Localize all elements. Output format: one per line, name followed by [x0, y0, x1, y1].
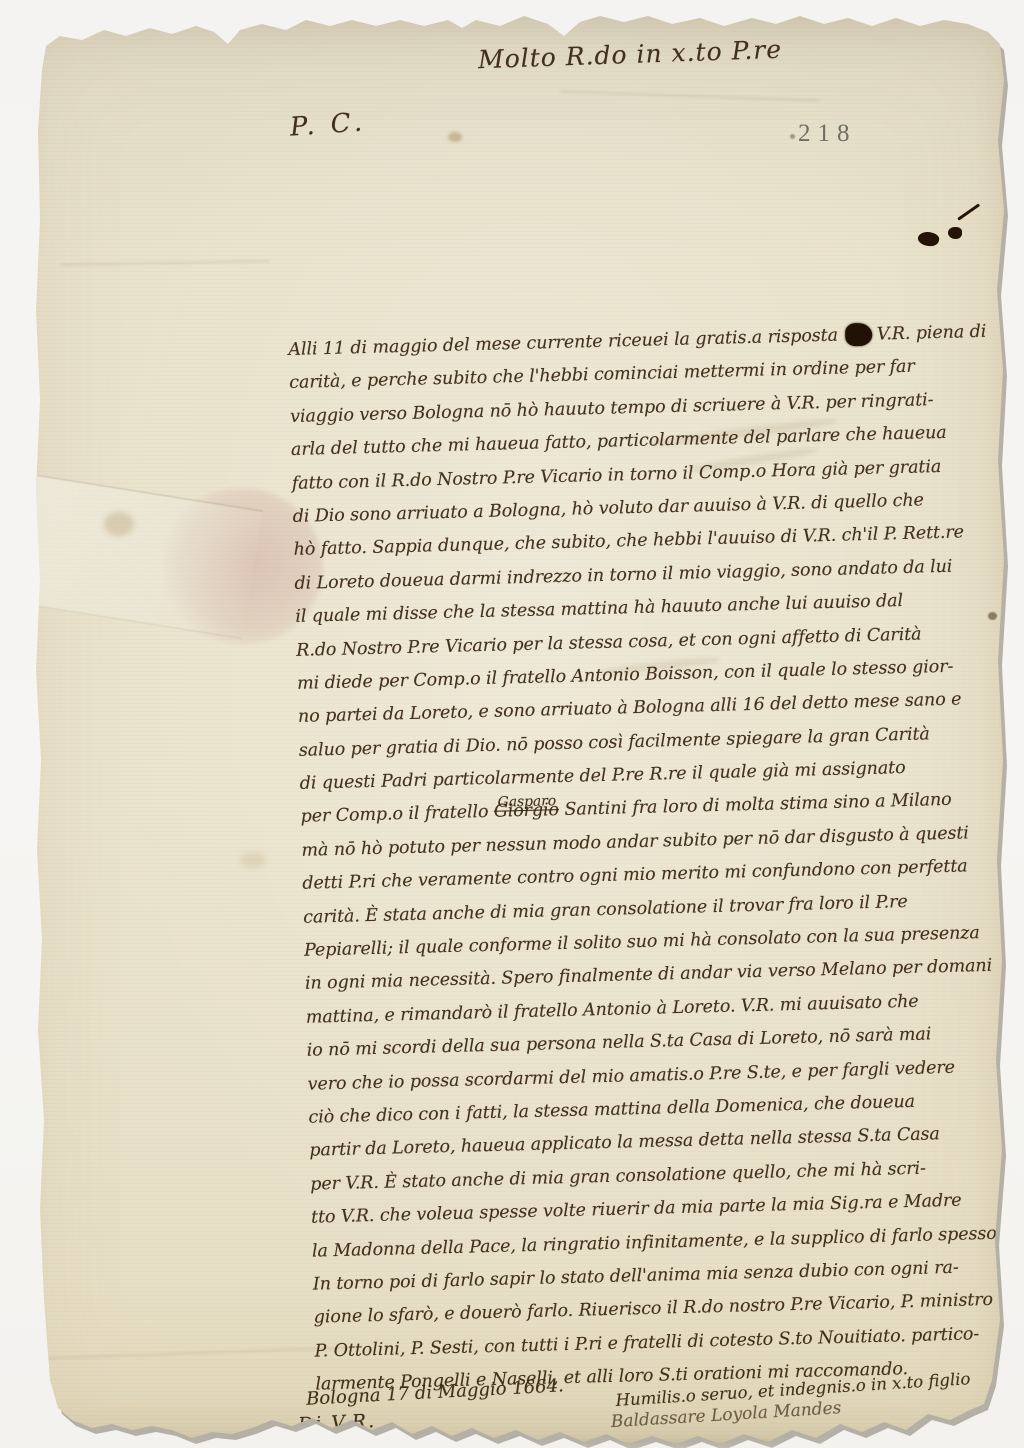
- paper-speck: [790, 134, 795, 139]
- paper-stain: [448, 132, 462, 142]
- paper-stain: [104, 512, 134, 536]
- folio-number-stamp: 218: [798, 120, 857, 148]
- paper-crease: [560, 90, 820, 101]
- archival-collection-mark: P. C.: [289, 107, 367, 142]
- letter-body: Alli 11 di maggio del mese currente rice…: [288, 316, 1022, 1403]
- interlinear-correction: Gasparo: [497, 786, 556, 821]
- manuscript-paper: Molto R.do in x.to P.re P. C. 218 Alli 1…: [0, 0, 1024, 1448]
- ink-blot: [845, 323, 873, 347]
- scanned-letter-page: Molto R.do in x.to P.re P. C. 218 Alli 1…: [0, 0, 1024, 1448]
- ink-blot: [917, 230, 941, 249]
- letter-salutation: Molto R.do in x.to P.re: [478, 35, 783, 75]
- ink-blot-tail: [957, 203, 980, 220]
- ink-blot: [948, 227, 962, 239]
- paper-crease: [60, 260, 270, 266]
- paper-stain: [240, 852, 266, 868]
- struck-word: GiorgioGasparo: [494, 801, 560, 823]
- paper-crease: [48, 1347, 348, 1359]
